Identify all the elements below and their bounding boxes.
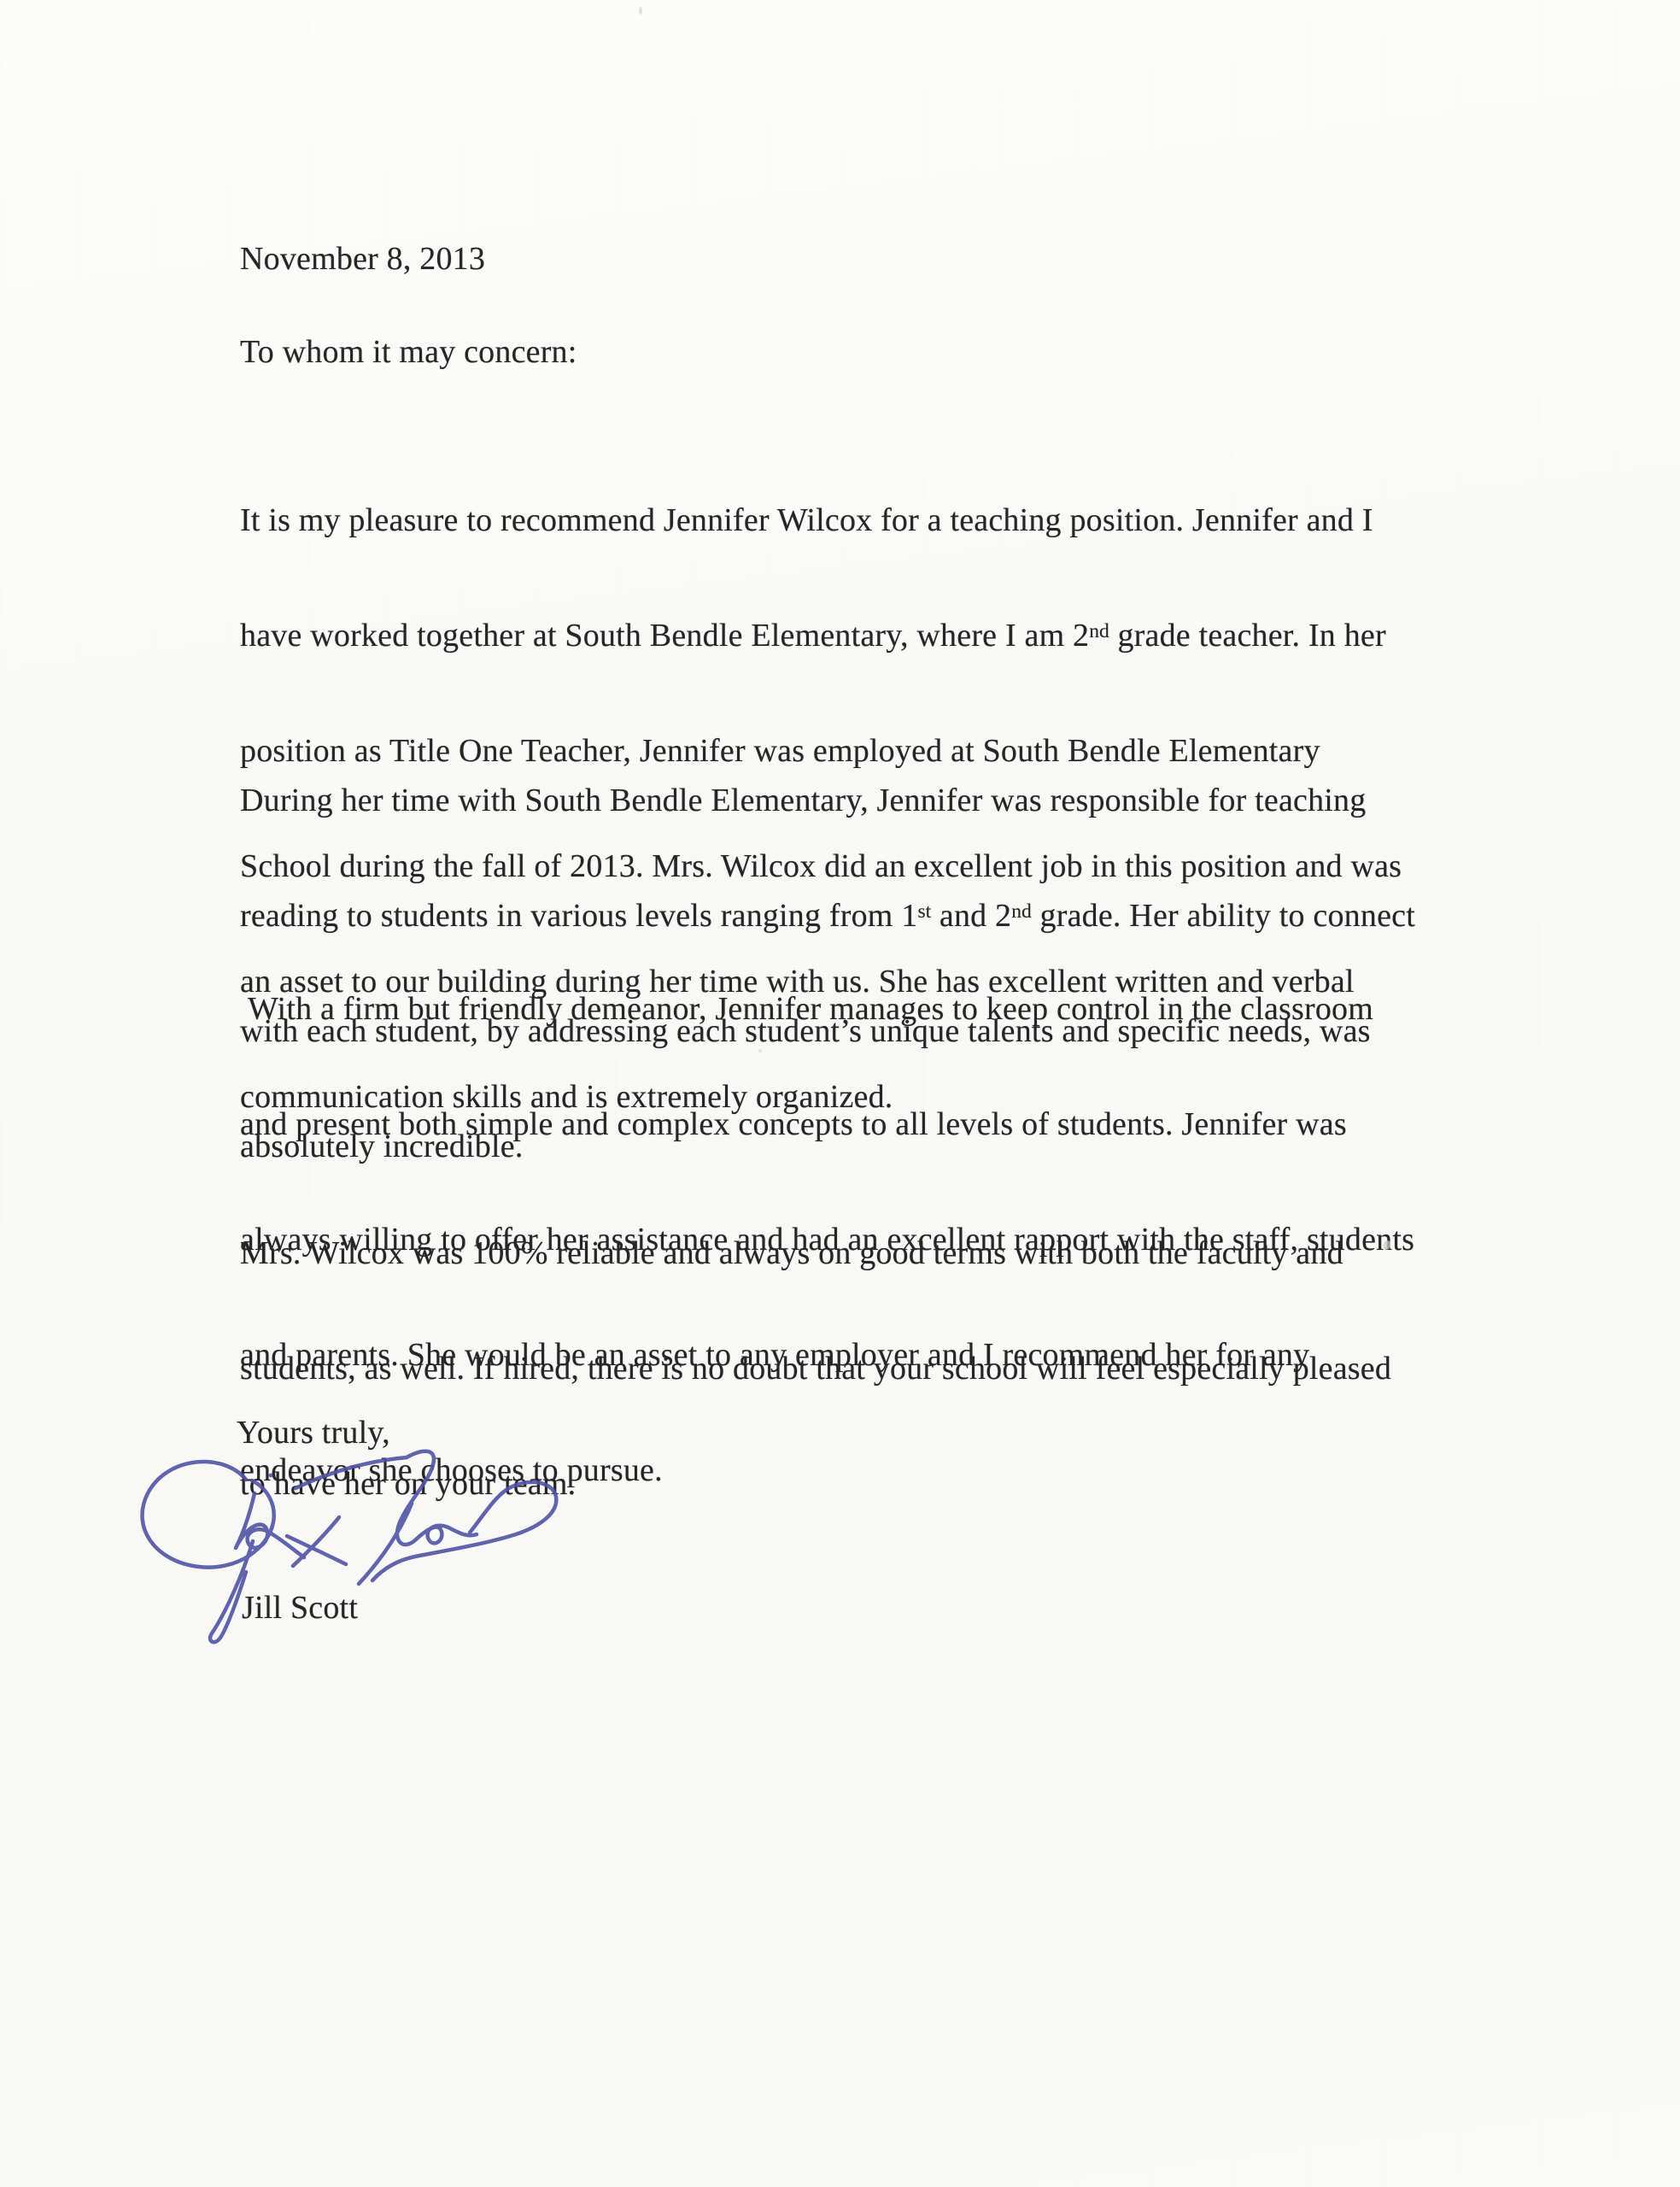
ink-dot [269, 1474, 273, 1478]
signer-name: Jill Scott [242, 1589, 358, 1627]
text-line: students, as well. If hired, there is no… [240, 1350, 1391, 1388]
text-line: Mrs. Wilcox was 100% reliable and always… [240, 1234, 1391, 1273]
letter-date: November 8, 2013 [240, 240, 485, 279]
text-line: and present both simple and complex conc… [240, 1105, 1414, 1144]
scan-speck [639, 7, 642, 15]
text-segment: grade teacher. In her [1109, 618, 1386, 654]
superscript-text: nd [1089, 620, 1109, 642]
salutation: To whom it may concern: [240, 333, 577, 372]
text-line: It is my pleasure to recommend Jennifer … [240, 501, 1402, 540]
text-segment: have worked together at South Bendle Ele… [240, 618, 1089, 654]
text-line: During her time with South Bendle Elemen… [240, 782, 1415, 820]
text-line: With a firm but friendly demeanor, Jenni… [240, 990, 1414, 1029]
scanned-letter-page: November 8, 2013 To whom it may concern:… [0, 0, 1680, 2187]
text-line: have worked together at South Bendle Ele… [240, 617, 1402, 655]
